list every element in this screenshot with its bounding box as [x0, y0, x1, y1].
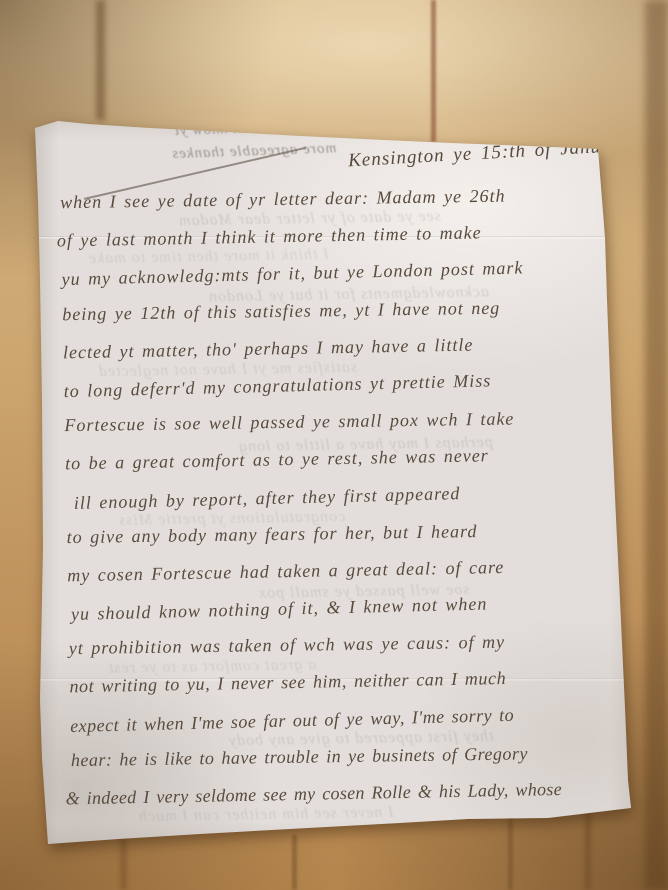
- letter-line: being ye 12th of this satisfies me, yt I…: [62, 295, 622, 340]
- wood-grain-streak: [645, 0, 668, 890]
- wood-grain-streak: [431, 0, 436, 142]
- wood-grain-streak: [96, 0, 105, 120]
- letter-line: to give any body many fears for her, but…: [66, 519, 626, 564]
- wood-grain-streak: [292, 835, 297, 890]
- letter-paper: much court about know yt more agreeable …: [28, 118, 640, 850]
- ink-showthrough-line: more agreeable thankes: [54, 140, 336, 167]
- letter-body: when I see ye date of yr letter dear: Ma…: [60, 183, 632, 826]
